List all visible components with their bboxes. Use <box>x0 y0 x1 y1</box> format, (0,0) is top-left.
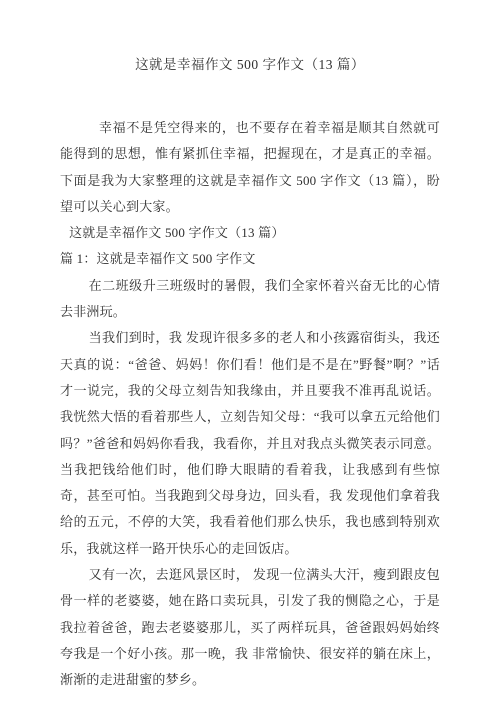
essay-paragraph-1: 在二班级升三班级时的暑假，我们全家怀着兴奋无比的心情去非洲玩。 <box>60 273 440 326</box>
document-page: 这就是幸福作文 500 字作文（13 篇） 幸福不是凭空得来的，也不要存在着幸福… <box>0 0 500 707</box>
intro-paragraph: 幸福不是凭空得来的，也不要存在着幸福是顺其自然就可能得到的思想，惟有紧抓住幸福，… <box>60 115 440 220</box>
section-heading-pian-1: 篇 1：这就是幸福作文 500 字作文 <box>60 246 440 272</box>
essay-paragraph-3: 又有一次，去逛风景区时， 发现一位满头大汗，瘦到跟皮包骨一样的老婆婆，她在路口卖… <box>60 562 440 693</box>
document-body: 幸福不是凭空得来的，也不要存在着幸福是顺其自然就可能得到的思想，惟有紧抓住幸福，… <box>60 115 440 694</box>
document-title: 这就是幸福作文 500 字作文（13 篇） <box>60 56 440 73</box>
essay-paragraph-2: 当我们到时，我 发现许很多多的老人和小孩露宿街头，我还天真的说：“爸爸、妈妈！你… <box>60 325 440 562</box>
collection-subtitle: 这就是幸福作文 500 字作文（13 篇） <box>60 220 440 246</box>
